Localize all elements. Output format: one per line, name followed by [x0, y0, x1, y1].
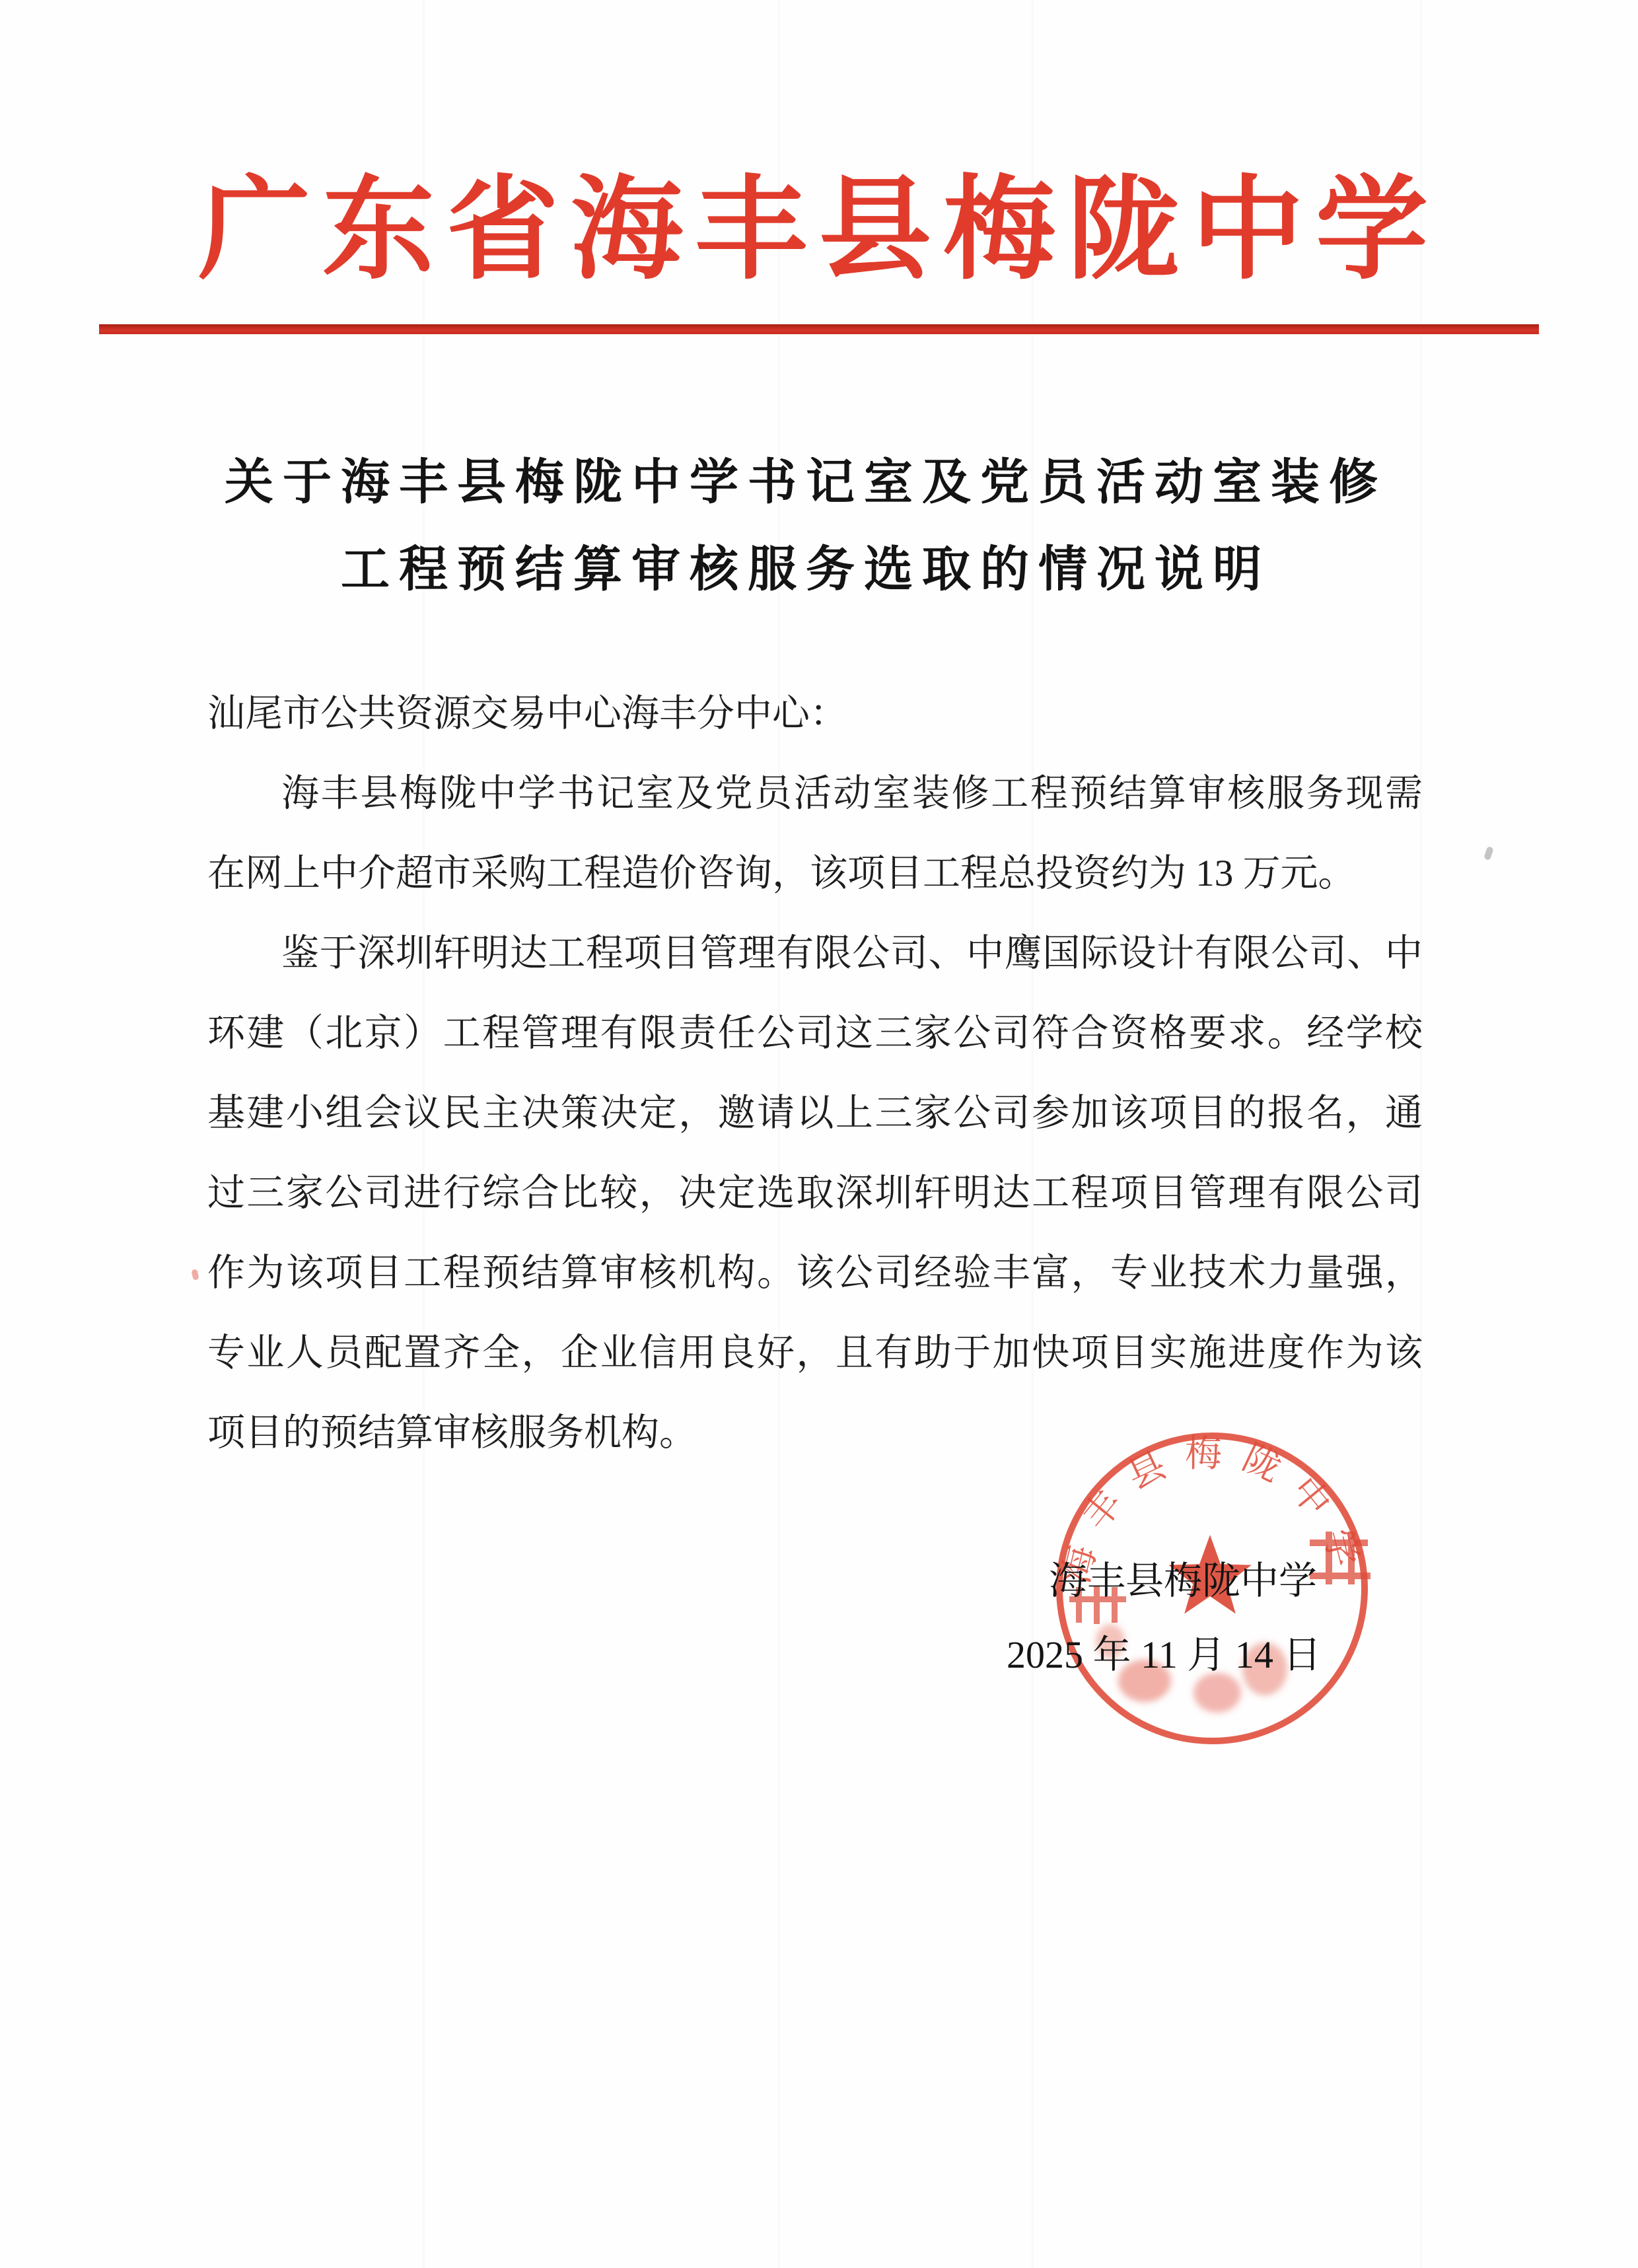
body-line: 专业人员配置齐全，企业信用良好，且有助于加快项目实施进度作为该: [207, 1313, 1423, 1393]
salutation: 汕尾市公共资源交易中心海丰分中心：: [207, 674, 1423, 754]
letterhead-rule: [99, 324, 1539, 334]
body-line: 作为该项目工程预结算审核机构。该公司经验丰富，专业技术力量强，: [207, 1233, 1423, 1313]
body-line: 环建（北京）工程管理有限责任公司这三家公司符合资格要求。经学校: [207, 993, 1423, 1073]
body-line: 鉴于深圳轩明达工程项目管理有限公司、中鹰国际设计有限公司、中: [207, 913, 1423, 993]
document-title-line2: 工程预结算审核服务选取的情况说明: [40, 526, 1572, 613]
body-line: 在网上中介超市采购工程造价咨询，该项目工程总投资约为 13 万元。: [207, 833, 1423, 913]
body-text: 汕尾市公共资源交易中心海丰分中心： 海丰县梅陇中学书记室及党员活动室装修工程预结…: [207, 674, 1423, 1473]
document-page: 广东省海丰县梅陇中学 关于海丰县梅陇中学书记室及党员活动室装修 工程预结算审核服…: [0, 0, 1638, 2268]
letterhead-org-name: 广东省海丰县梅陇中学: [7, 157, 1631, 304]
document-title-line1: 关于海丰县梅陇中学书记室及党员活动室装修: [40, 439, 1572, 526]
signature-date: 2025 年 11 月 14 日: [1007, 1623, 1321, 1679]
body-line: 基建小组会议民主决策决定，邀请以上三家公司参加该项目的报名，通: [207, 1073, 1423, 1153]
document-title: 关于海丰县梅陇中学书记室及党员活动室装修 工程预结算审核服务选取的情况说明: [40, 439, 1572, 613]
body-line: 过三家公司进行综合比较，决定选取深圳轩明达工程项目管理有限公司: [207, 1153, 1423, 1233]
scan-speck: [1483, 846, 1494, 861]
body-line: 海丰县梅陇中学书记室及党员活动室装修工程预结算审核服务现需: [207, 754, 1423, 833]
scan-speck: [191, 1269, 199, 1281]
signature-org: 海丰县梅陇中学: [1049, 1549, 1317, 1605]
